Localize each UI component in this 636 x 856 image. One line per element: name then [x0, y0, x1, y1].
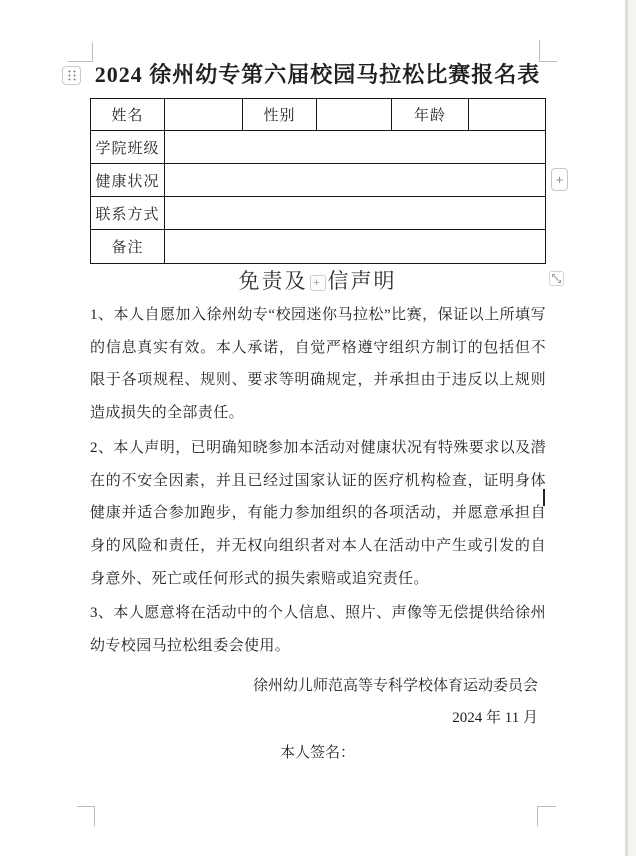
diagonal-arrows-icon [552, 274, 561, 283]
declaration-paragraph-1[interactable]: 1、本人自愿加入徐州幼专“校园迷你马拉松”比赛，保证以上所填写的信息真实有效。本… [90, 299, 546, 430]
registration-table: 姓名 性别 年龄 学院班级 健康状况 联系方式 备注 [90, 98, 546, 264]
class-field[interactable] [165, 131, 546, 164]
age-label: 年龄 [392, 99, 469, 131]
margin-crop-mark-bottom-right [537, 806, 556, 826]
health-label: 健康状况 [91, 164, 165, 197]
table-drag-handle-icon[interactable] [62, 66, 81, 85]
document-page: 2024 徐州幼专第六届校园马拉松比赛报名表 姓名 性别 年龄 学院班级 健康状… [0, 0, 636, 856]
declaration-body: 1、本人自愿加入徐州幼专“校园迷你马拉松”比赛，保证以上所填写的信息真实有效。本… [90, 299, 546, 770]
insert-row-button[interactable]: + [551, 168, 568, 191]
margin-crop-mark-bottom-left [77, 806, 95, 826]
heading-text-before: 免责及 [239, 269, 308, 293]
table-row: 姓名 性别 年龄 [91, 99, 546, 131]
remark-label: 备注 [91, 230, 165, 264]
resize-handle-icon[interactable] [549, 271, 564, 286]
remark-field[interactable] [165, 230, 546, 264]
page-title: 2024 徐州幼专第六届校园马拉松比赛报名表 [90, 58, 545, 89]
gender-field[interactable] [317, 99, 392, 131]
table-row: 学院班级 [91, 131, 546, 164]
scrollbar-track[interactable] [625, 0, 636, 856]
signature-label[interactable]: 本人签名： [90, 737, 546, 770]
date-line: 2024 年 11 月 [90, 702, 546, 735]
text-cursor [543, 489, 545, 506]
table-row: 备注 [91, 230, 546, 264]
drag-dots-icon [68, 70, 76, 81]
class-label: 学院班级 [91, 131, 165, 164]
age-field[interactable] [469, 99, 546, 131]
declaration-paragraph-2[interactable]: 2、本人声明，已明确知晓参加本活动对健康状况有特殊要求以及潜在的不安全因素，并且… [90, 432, 546, 596]
contact-label: 联系方式 [91, 197, 165, 230]
heading-text-after: 信声明 [328, 269, 397, 293]
table-row: 健康状况 [91, 164, 546, 197]
content-control-plus-icon[interactable]: + [310, 275, 326, 291]
health-field[interactable] [165, 164, 546, 197]
gender-label: 性别 [243, 99, 317, 131]
contact-field[interactable] [165, 197, 546, 230]
table-row: 联系方式 [91, 197, 546, 230]
name-label: 姓名 [91, 99, 165, 131]
name-field[interactable] [165, 99, 243, 131]
committee-line: 徐州幼儿师范高等专科学校体育运动委员会 [90, 670, 546, 703]
declaration-heading: 免责及+信声明 [90, 265, 545, 295]
declaration-paragraph-3[interactable]: 3、本人愿意将在活动中的个人信息、照片、声像等无偿提供给徐州幼专校园马拉松组委会… [90, 597, 546, 662]
